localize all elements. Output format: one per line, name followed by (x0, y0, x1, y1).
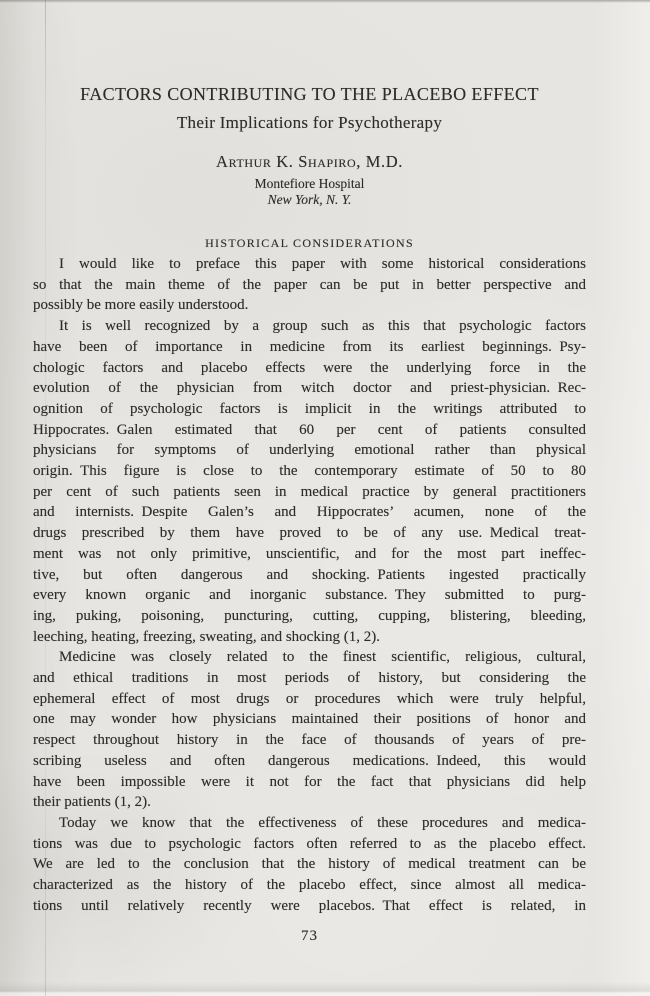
section-heading: HISTORICAL CONSIDERATIONS (33, 236, 586, 251)
paper-title: FACTORS CONTRIBUTING TO THE PLACEBO EFFE… (33, 84, 586, 105)
body-line: Hippocrates. Galen estimated that 60 per… (33, 420, 586, 441)
body-line: leeching, heating, freezing, sweating, a… (33, 627, 586, 648)
body-line: Today we know that the effectiveness of … (33, 813, 586, 834)
author-affiliation: Montefiore Hospital (33, 176, 586, 192)
body-line: ment was not only primitive, unscientifi… (33, 544, 586, 565)
body-line: per cent of such patients seen in medica… (33, 482, 586, 503)
body-line: We are led to the conclusion that the hi… (33, 854, 586, 875)
body-text: I would like to preface this paper with … (33, 254, 586, 917)
body-line: I would like to preface this paper with … (33, 254, 586, 275)
body-line: drugs prescribed by them have proved to … (33, 523, 586, 544)
page-number: 73 (33, 928, 586, 945)
body-line: chologic factors and placebo effects wer… (33, 358, 586, 379)
author-name: Arthur K. Shapiro, M.D. (33, 152, 586, 172)
body-line: characterized as the history of the plac… (33, 875, 586, 896)
page-content: FACTORS CONTRIBUTING TO THE PLACEBO EFFE… (33, 0, 586, 996)
body-line: It is well recognized by a group such as… (33, 316, 586, 337)
body-line: have been of importance in medicine from… (33, 337, 586, 358)
body-line: Medicine was closely related to the fine… (33, 647, 586, 668)
scanned-paper-page: FACTORS CONTRIBUTING TO THE PLACEBO EFFE… (0, 0, 650, 996)
author-location: New York, N. Y. (33, 192, 586, 208)
body-line: origin. This figure is close to the cont… (33, 461, 586, 482)
body-line: ing, puking, poisoning, puncturing, cutt… (33, 606, 586, 627)
body-line: and ethical traditions in most periods o… (33, 668, 586, 689)
body-line: physicians for symptoms of underlying em… (33, 440, 586, 461)
body-line: every known organic and inorganic substa… (33, 585, 586, 606)
body-line: ognition of psychologic factors is impli… (33, 399, 586, 420)
body-line: and internists. Despite Galen’s and Hipp… (33, 502, 586, 523)
body-line: tions until relatively recently were pla… (33, 896, 586, 917)
body-line: one may wonder how physicians maintained… (33, 709, 586, 730)
body-line: ephemeral effect of most drugs or proced… (33, 689, 586, 710)
body-line: evolution of the physician from witch do… (33, 378, 586, 399)
paper-subtitle: Their Implications for Psychotherapy (33, 113, 586, 133)
body-line: have been impossible were it not for the… (33, 772, 586, 793)
body-line: tive, but often dangerous and shocking. … (33, 565, 586, 586)
body-line: respect throughout history in the face o… (33, 730, 586, 751)
body-line: possibly be more easily understood. (33, 295, 586, 316)
body-line: tions was due to psychologic factors oft… (33, 834, 586, 855)
body-line: their patients (1, 2). (33, 792, 586, 813)
body-line: so that the main theme of the paper can … (33, 275, 586, 296)
body-line: scribing useless and often dangerous med… (33, 751, 586, 772)
